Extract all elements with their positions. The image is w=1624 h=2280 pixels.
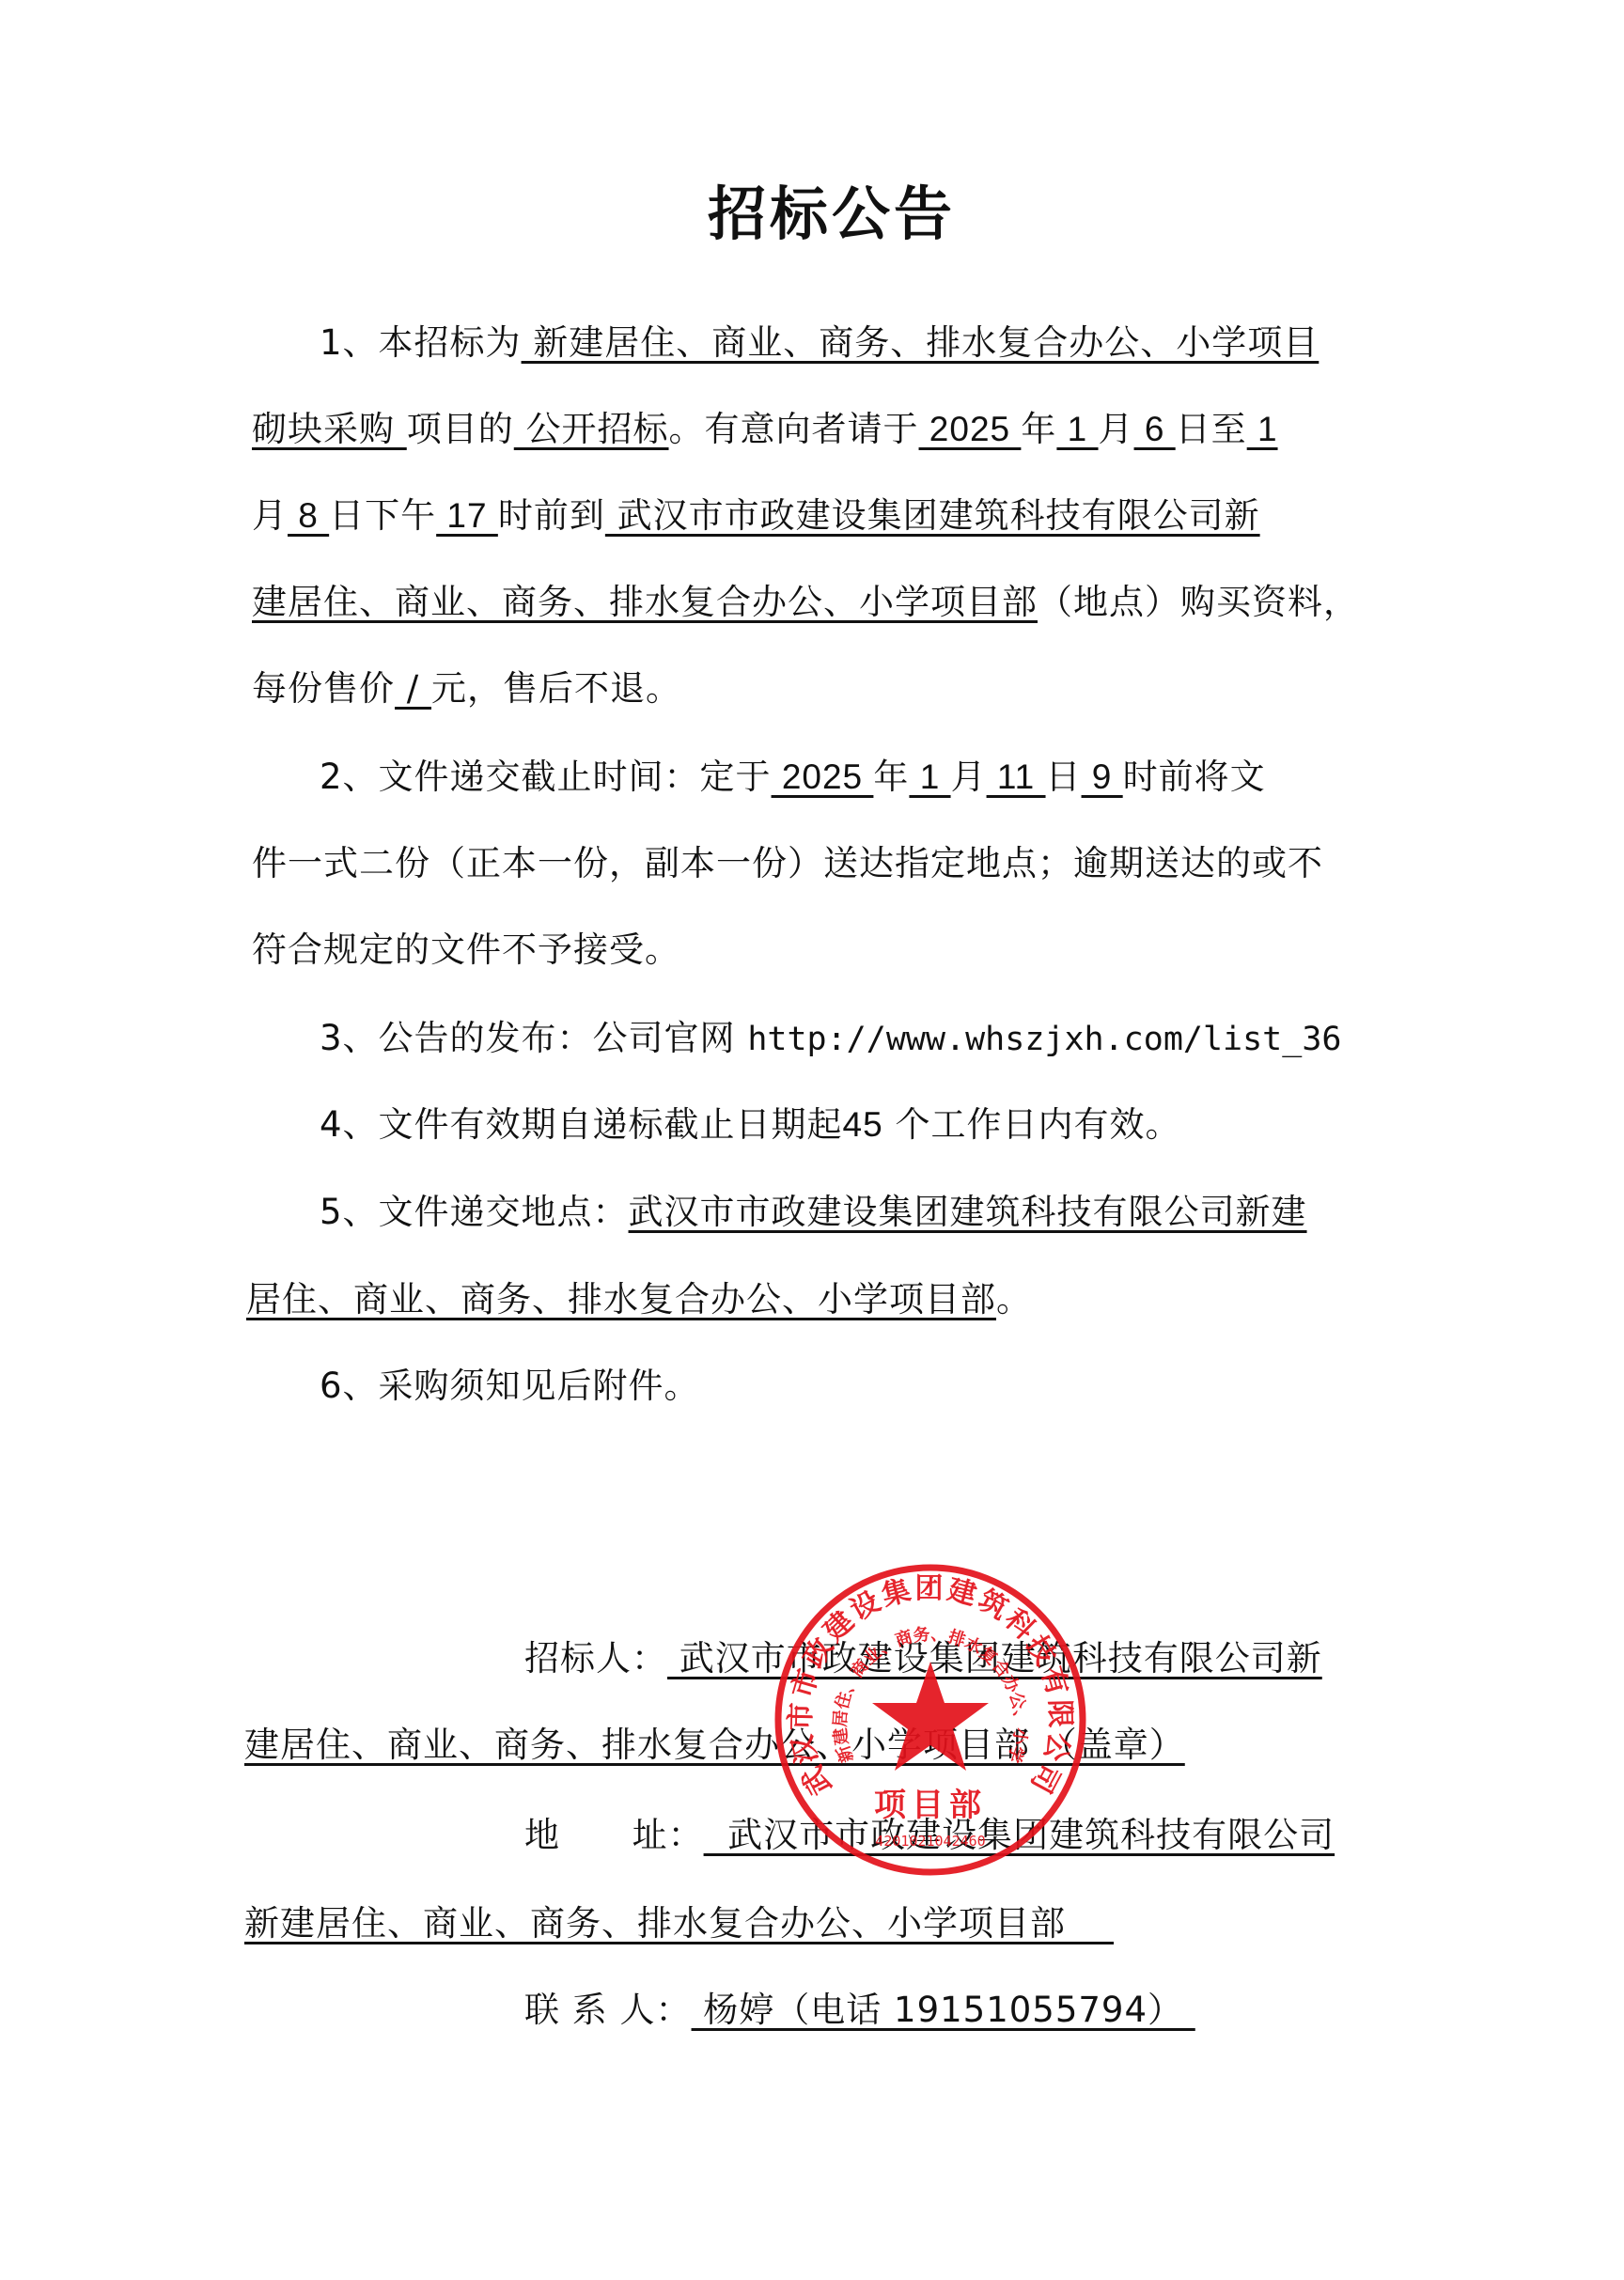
static-text: （地点）购买资料， [1038,582,1359,622]
address-part-1: 武汉市市政建设集团建筑科技有限公司 [704,1815,1335,1855]
company-website-link[interactable]: http://www.whszjxh.com/list_36 [747,1021,1341,1058]
deadline-year: 2025 [772,757,874,796]
section-3: 3、公告的发布：公司官网 http://www.whszjxh.com/list… [320,1015,1341,1063]
section-1-line-1: 1、本招标为 新建居住、商业、商务、排水复合办公、小学项目 [320,320,1319,367]
address-label: 地 址： [524,1815,704,1855]
tenderer-name-part-1: 武汉市市政建设集团建筑科技有限公司新 [667,1638,1322,1679]
static-text: 3、公告的发布：公司官网 [320,1018,736,1058]
static-text: 年 [1021,409,1056,449]
contact-label: 联 系 人： [524,1990,692,2030]
project-name-part-2: 砌块采购 [252,409,407,449]
project-name-part-1: 新建居住、商业、商务、排水复合办公、小学项目 [522,322,1319,363]
deadline-hour: 9 [1082,757,1123,796]
static-text: 日至 [1176,409,1247,449]
sale-end-month: 1 [1247,410,1278,448]
tender-type: 公开招标 [514,409,669,449]
sale-start-year: 2025 [919,410,1022,448]
sale-start-month: 1 [1056,410,1098,448]
static-text: 年 [873,757,909,797]
static-text: 项目的 [407,409,514,449]
submission-location-part-1: 武汉市市政建设集团建筑科技有限公司新建 [629,1192,1307,1232]
section-2-line-3: 符合规定的文件不予接受。 [252,927,680,974]
section-1-prefix: 1、本招标为 [320,322,522,363]
tender-announcement-page: 招标公告 1、本招标为 新建居住、商业、商务、排水复合办公、小学项目 砌块采购 … [0,0,1624,2280]
static-text: 日下午 [329,495,436,536]
contact-line: 联 系 人： 杨婷（电话 19151055794） [524,1987,1195,2034]
sale-end-hour: 17 [436,496,498,535]
static-text: 时前到 [498,495,605,536]
validity-days: 45 [843,1105,883,1144]
contact-value: 杨婷（电话 19151055794） [692,1990,1195,2030]
section-5-line-2: 居住、商业、商务、排水复合办公、小学项目部。 [246,1276,1032,1323]
static-text: 日 [1046,757,1082,797]
deadline-month: 1 [909,757,950,796]
submission-location-part-2: 居住、商业、商务、排水复合办公、小学项目部 [246,1279,996,1320]
address-line-2: 新建居住、商业、商务、排水复合办公、小学项目部 [244,1900,1114,1947]
section-4: 4、文件有效期自递标截止日期起45 个工作日内有效。 [320,1101,1180,1148]
tenderer-line-1: 招标人： 武汉市市政建设集团建筑科技有限公司新 [524,1635,1322,1682]
deadline-day: 11 [987,757,1046,796]
static-text: 月 [252,495,288,536]
sale-location-part-1: 武汉市市政建设集团建筑科技有限公司新 [605,495,1260,536]
section-1-line-2: 砌块采购 项目的 公开招标。有意向者请于 2025 年 1 月 6 日至 1 [252,406,1278,453]
static-text: 元，售后不退。 [431,668,681,709]
section-1-line-3: 月 8 日下午 17 时前到 武汉市市政建设集团建筑科技有限公司新 [252,492,1260,539]
static-text: 时前将文 [1123,757,1266,797]
section-2-line-1: 2、文件递交截止时间：定于 2025 年 1 月 11 日 9 时前将文 [320,754,1266,801]
sale-end-day: 8 [288,496,329,535]
sale-location-part-2: 建居住、商业、商务、排水复合办公、小学项目部 [252,582,1038,622]
section-1-line-4: 建居住、商业、商务、排水复合办公、小学项目部（地点）购买资料， [252,579,1359,626]
static-text: 5、文件递交地点： [320,1192,629,1232]
static-text: 个工作日内有效。 [895,1104,1180,1145]
section-5-line-1: 5、文件递交地点：武汉市市政建设集团建筑科技有限公司新建 [320,1189,1307,1236]
section-2-prefix: 2、文件递交截止时间：定于 [320,757,772,797]
static-text: 4、文件有效期自递标截止日期起 [320,1104,843,1145]
static-text: 。 [996,1279,1032,1320]
static-text: 。有意向者请于 [669,409,919,449]
section-6: 6、采购须知见后附件。 [320,1363,700,1410]
section-2-line-2: 件一式二份（正本一份，副本一份）送达指定地点；逾期送达的或不 [252,840,1323,887]
address-part-2: 新建居住、商业、商务、排水复合办公、小学项目部 [244,1903,1114,1944]
page-title: 招标公告 [0,167,1624,251]
tenderer-label: 招标人： [524,1638,667,1679]
tenderer-name-part-2: 建居住、商业、商务、排水复合办公、小学项目部 （盖章） [244,1725,1185,1765]
sale-start-day: 6 [1134,410,1176,448]
section-1-line-5: 每份售价 / 元，售后不退。 [252,665,681,712]
static-text: 月 [951,757,987,797]
static-text: 每份售价 [252,668,395,709]
static-text: 月 [1099,409,1134,449]
document-price: / [395,668,431,709]
tenderer-line-2: 建居住、商业、商务、排水复合办公、小学项目部 （盖章） [244,1722,1185,1769]
address-line-1: 地 址： 武汉市市政建设集团建筑科技有限公司 [524,1812,1335,1859]
